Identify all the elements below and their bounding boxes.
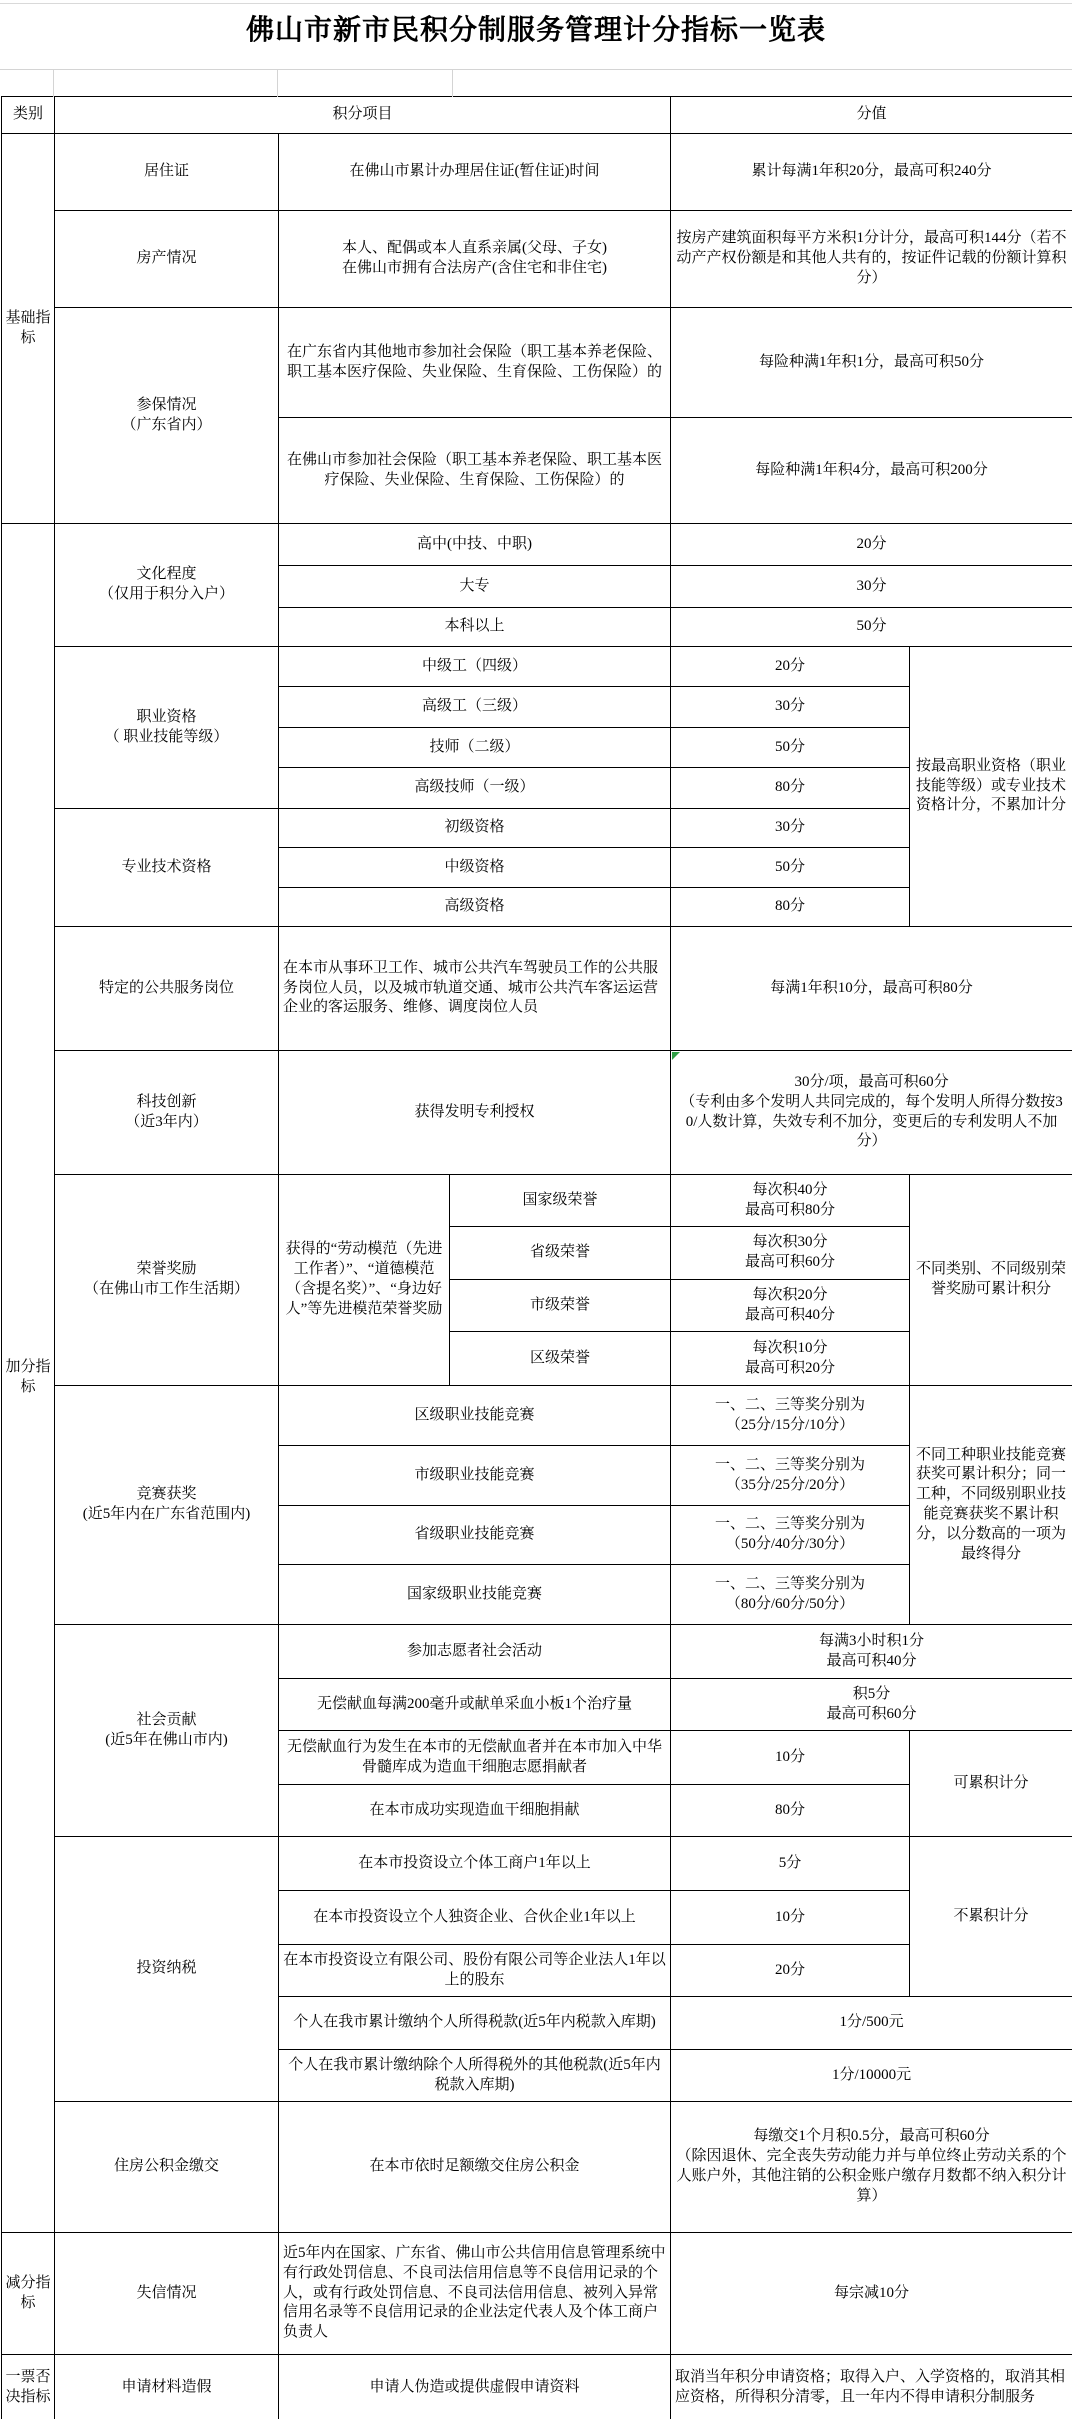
- item-name-cell: 专业技术资格: [55, 809, 279, 927]
- table-row: 基础指标居住证在佛山市累计办理居住证(暂住证)时间累计每满1年积20分，最高可积…: [2, 134, 1072, 211]
- score-cell: 50分: [671, 728, 910, 768]
- item-name-cell: 投资纳税: [55, 1837, 279, 2102]
- score-cell: 每缴交1个月积0.5分，最高可积60分 （除因退休、完全丧失劳动能力并与单位终止…: [671, 2102, 1072, 2233]
- description-cell: 个人在我市累计缴纳除个人所得税外的其他税款(近5年内税款入库期): [279, 2050, 671, 2102]
- category-cell: 一票否决指标: [2, 2355, 55, 2419]
- description-cell: 在佛山市参加社会保险（职工基本养老保险、职工基本医疗保险、失业保险、生育保险、工…: [279, 418, 671, 524]
- table-row: 住房公积金缴交在本市依时足额缴交住房公积金每缴交1个月积0.5分，最高可积60分…: [2, 2102, 1072, 2233]
- description-cell: 无偿献血行为发生在本市的无偿献血者并在本市加入中华骨髓库成为造血干细胞志愿捐献者: [279, 1731, 671, 1785]
- item-name-cell: 失信情况: [55, 2233, 279, 2355]
- note-cell: 可累积计分: [910, 1731, 1072, 1837]
- table-row: 社会贡献 (近5年在佛山市内)参加志愿者社会活动每满3小时积1分 最高可积40分: [2, 1625, 1072, 1679]
- description-cell: 在本市投资设立个人独资企业、合伙企业1年以上: [279, 1891, 671, 1945]
- ghost-gridline: [452, 70, 453, 97]
- description-cell: 在本市依时足额缴交住房公积金: [279, 2102, 671, 2233]
- score-cell: 一、二、三等奖分别为 （50分/40分/30分）: [671, 1506, 910, 1565]
- score-cell: 一、二、三等奖分别为 （35分/25分/20分）: [671, 1446, 910, 1506]
- item-name-cell: 竞赛获奖 (近5年内在广东省范围内): [55, 1386, 279, 1625]
- item-name-cell: 科技创新 （近3年内）: [55, 1051, 279, 1175]
- score-cell: 一、二、三等奖分别为 （25分/15分/10分）: [671, 1386, 910, 1446]
- scoring-table: 类别积分项目分值基础指标居住证在佛山市累计办理居住证(暂住证)时间累计每满1年积…: [1, 96, 1072, 2419]
- page-title: 佛山市新市民积分制服务管理计分指标一览表: [0, 8, 1072, 48]
- table-row: 竞赛获奖 (近5年内在广东省范围内)区级职业技能竞赛一、二、三等奖分别为 （25…: [2, 1386, 1072, 1446]
- score-cell: 每次积20分 最高可积40分: [671, 1280, 910, 1332]
- category-cell: 基础指标: [2, 134, 55, 524]
- description-cell: 省级职业技能竞赛: [279, 1506, 671, 1565]
- score-cell: 每险种满1年积1分，最高可积50分: [671, 308, 1072, 418]
- description-cell: 技师（二级）: [279, 728, 671, 768]
- score-cell: 每险种满1年积4分，最高可积200分: [671, 418, 1072, 524]
- header-items: 积分项目: [55, 97, 671, 134]
- description-cell: 获得的“劳动模范（先进工作者）”、“道德模范（含提名奖）”、“身边好人”等先进模…: [279, 1175, 450, 1386]
- score-cell: 取消当年积分申请资格；取得入户、入学资格的，取消其相应资格，所得积分清零，且一年…: [671, 2355, 1072, 2419]
- title-block: 佛山市新市民积分制服务管理计分指标一览表: [0, 0, 1072, 96]
- description-cell: 大专: [279, 566, 671, 608]
- description-cell: 国家级职业技能竞赛: [279, 1565, 671, 1625]
- category-cell: 减分指标: [2, 2233, 55, 2355]
- ghost-gridline: [53, 70, 54, 97]
- note-cell: 不累积计分: [910, 1837, 1072, 1997]
- item-name-cell: 住房公积金缴交: [55, 2102, 279, 2233]
- score-cell: 按房产建筑面积每平方米积1分计分，最高可积144分（若不动产产权份额是和其他人共…: [671, 211, 1072, 308]
- description-cell: 高级技师（一级）: [279, 768, 671, 809]
- ghost-gridline: [277, 70, 278, 97]
- score-cell: 30分: [671, 687, 910, 728]
- description-cell: 中级工（四级）: [279, 647, 671, 687]
- description-cell: 无偿献血每满200毫升或献单采血小板1个治疗量: [279, 1679, 671, 1731]
- table-row: 减分指标失信情况近5年内在国家、广东省、佛山市公共信用信息管理系统中有行政处罚信…: [2, 2233, 1072, 2355]
- item-name-cell: 房产情况: [55, 211, 279, 308]
- description-cell: 高级工（三级）: [279, 687, 671, 728]
- score-cell: 5分: [671, 1837, 910, 1891]
- score-cell: 30分: [671, 809, 910, 848]
- score-cell: 每次积30分 最高可积60分: [671, 1227, 910, 1280]
- item-name-cell: 文化程度 （仅用于积分入户）: [55, 524, 279, 647]
- sub-item-cell: 区级荣誉: [450, 1332, 671, 1386]
- description-cell: 获得发明专利授权: [279, 1051, 671, 1175]
- score-cell: 50分: [671, 608, 1072, 647]
- description-cell: 本科以上: [279, 608, 671, 647]
- description-cell: 在佛山市累计办理居住证(暂住证)时间: [279, 134, 671, 211]
- sub-item-cell: 省级荣誉: [450, 1227, 671, 1280]
- score-cell: 每宗减10分: [671, 2233, 1072, 2355]
- description-cell: 个人在我市累计缴纳个人所得税款(近5年内税款入库期): [279, 1997, 671, 2050]
- item-name-cell: 荣誉奖励 （在佛山市工作生活期）: [55, 1175, 279, 1386]
- score-cell: 30分: [671, 566, 1072, 608]
- score-cell: 一、二、三等奖分别为 （80分/60分/50分）: [671, 1565, 910, 1625]
- description-cell: 高中(中技、中职): [279, 524, 671, 566]
- note-cell: 不同工种职业技能竞赛获奖可累计积分；同一工种，不同级别职业技能竞赛获奖不累计积分…: [910, 1386, 1072, 1625]
- sub-item-cell: 市级荣誉: [450, 1280, 671, 1332]
- score-cell: 30分/项，最高可积60分 （专利由多个发明人共同完成的，每个发明人所得分数按3…: [671, 1051, 1072, 1175]
- score-cell: 每满3小时积1分 最高可积40分: [671, 1625, 1072, 1679]
- description-cell: 参加志愿者社会活动: [279, 1625, 671, 1679]
- note-cell: 不同类别、不同级别荣誉奖励可累计积分: [910, 1175, 1072, 1386]
- item-name-cell: 社会贡献 (近5年在佛山市内): [55, 1625, 279, 1837]
- item-name-cell: 申请材料造假: [55, 2355, 279, 2419]
- score-cell: 10分: [671, 1731, 910, 1785]
- score-cell: 10分: [671, 1891, 910, 1945]
- table-row: 荣誉奖励 （在佛山市工作生活期）获得的“劳动模范（先进工作者）”、“道德模范（含…: [2, 1175, 1072, 1227]
- score-cell: 每次积40分 最高可积80分: [671, 1175, 910, 1227]
- table-row: 一票否决指标申请材料造假申请人伪造或提供虚假申请资料取消当年积分申请资格；取得入…: [2, 2355, 1072, 2419]
- header-score: 分值: [671, 97, 1072, 134]
- score-cell: 1分/500元: [671, 1997, 1072, 2050]
- description-cell: 中级资格: [279, 848, 671, 888]
- item-name-cell: 职业资格 （ 职业技能等级）: [55, 647, 279, 809]
- header-row: 类别积分项目分值: [2, 97, 1072, 134]
- table-row: 职业资格 （ 职业技能等级）中级工（四级）20分按最高职业资格（职业技能等级）或…: [2, 647, 1072, 687]
- score-cell: 20分: [671, 647, 910, 687]
- score-cell: 每次积10分 最高可积20分: [671, 1332, 910, 1386]
- score-cell: 累计每满1年积20分，最高可积240分: [671, 134, 1072, 211]
- description-cell: 在本市投资设立个体工商户1年以上: [279, 1837, 671, 1891]
- description-cell: 初级资格: [279, 809, 671, 848]
- score-cell: 积5分 最高可积60分: [671, 1679, 1072, 1731]
- description-cell: 区级职业技能竞赛: [279, 1386, 671, 1446]
- table-row: 特定的公共服务岗位在本市从事环卫工作、城市公共汽车驾驶员工作的公共服务岗位人员，…: [2, 927, 1072, 1051]
- description-cell: 在本市从事环卫工作、城市公共汽车驾驶员工作的公共服务岗位人员，以及城市轨道交通、…: [279, 927, 671, 1051]
- table-row: 加分指标文化程度 （仅用于积分入户）高中(中技、中职)20分: [2, 524, 1072, 566]
- table-row: 投资纳税在本市投资设立个体工商户1年以上5分不累积计分: [2, 1837, 1072, 1891]
- category-cell: 加分指标: [2, 524, 55, 2233]
- score-cell: 50分: [671, 848, 910, 888]
- score-cell: 每满1年积10分，最高可积80分: [671, 927, 1072, 1051]
- description-cell: 市级职业技能竞赛: [279, 1446, 671, 1506]
- score-cell: 80分: [671, 768, 910, 809]
- description-cell: 在本市投资设立有限公司、股份有限公司等企业法人1年以上的股东: [279, 1945, 671, 1997]
- table-row: 房产情况本人、配偶或本人直系亲属(父母、子女) 在佛山市拥有合法房产(含住宅和非…: [2, 211, 1072, 308]
- description-cell: 在本市成功实现造血干细胞捐献: [279, 1785, 671, 1837]
- score-cell: 1分/10000元: [671, 2050, 1072, 2102]
- ghost-row: [0, 69, 1072, 97]
- header-category: 类别: [2, 97, 55, 134]
- table-row: 科技创新 （近3年内）获得发明专利授权30分/项，最高可积60分 （专利由多个发…: [2, 1051, 1072, 1175]
- item-name-cell: 参保情况 （广东省内）: [55, 308, 279, 524]
- score-cell: 80分: [671, 1785, 910, 1837]
- item-name-cell: 居住证: [55, 134, 279, 211]
- description-cell: 本人、配偶或本人直系亲属(父母、子女) 在佛山市拥有合法房产(含住宅和非住宅): [279, 211, 671, 308]
- item-name-cell: 特定的公共服务岗位: [55, 927, 279, 1051]
- description-cell: 申请人伪造或提供虚假申请资料: [279, 2355, 671, 2419]
- description-cell: 高级资格: [279, 888, 671, 927]
- note-cell: 按最高职业资格（职业技能等级）或专业技术资格计分，不累加计分: [910, 647, 1072, 927]
- score-cell: 20分: [671, 1945, 910, 1997]
- score-cell: 80分: [671, 888, 910, 927]
- score-cell: 20分: [671, 524, 1072, 566]
- table-row: 参保情况 （广东省内）在广东省内其他地市参加社会保险（职工基本养老保险、职工基本…: [2, 308, 1072, 418]
- sub-item-cell: 国家级荣誉: [450, 1175, 671, 1227]
- description-cell: 近5年内在国家、广东省、佛山市公共信用信息管理系统中有行政处罚信息、不良司法信用…: [279, 2233, 671, 2355]
- faint-top-gridline: [0, 3, 1072, 4]
- description-cell: 在广东省内其他地市参加社会保险（职工基本养老保险、职工基本医疗保险、失业保险、生…: [279, 308, 671, 418]
